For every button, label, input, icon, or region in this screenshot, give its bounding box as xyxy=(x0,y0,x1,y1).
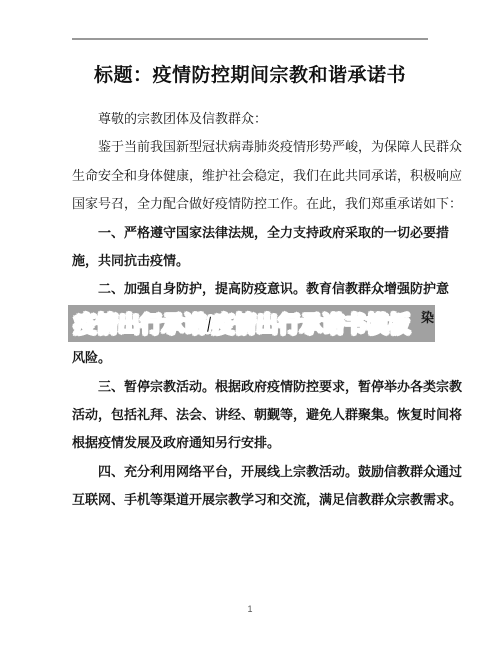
document-title: 标题：疫情防控期间宗教和谐承诺书 xyxy=(0,60,500,87)
document-page: 标题：疫情防控期间宗教和谐承诺书 疫情出行承诺/疫情出行承诺书模板 尊敬的宗教团… xyxy=(0,0,500,647)
body-line: 鉴于当前我国新型冠状病毒肺炎疫情形势严峻，为保障人民群众 xyxy=(72,133,430,161)
body-line: 国家号召，全力配合做好疫情防控工作。在此，我们郑重承诺如下： xyxy=(72,190,430,218)
body-line: 风险。 xyxy=(72,344,430,372)
body-line: 活动，包括礼拜、法会、讲经、朝觐等，避免人群聚集。恢复时间将 xyxy=(72,401,430,429)
body-line: 一、严格遵守国家法律法规，全力支持政府采取的一切必要措 xyxy=(72,219,430,247)
page-number: 1 xyxy=(0,604,500,614)
body-line: 互联网、手机等渠道开展宗教学习和交流，满足信教群众宗教需求。 xyxy=(72,486,430,514)
body-lines: 尊敬的宗教团体及信教群众：鉴于当前我国新型冠状病毒肺炎疫情形势严峻，为保障人民群… xyxy=(72,105,430,514)
top-rule xyxy=(72,38,428,40)
body-line: 染 xyxy=(72,304,434,332)
body-line: 生命安全和身体健康，维护社会稳定，我们在此共同承诺，积极响应 xyxy=(72,162,430,190)
body-line: 尊敬的宗教团体及信教群众： xyxy=(72,105,430,133)
body-line: 四、充分利用网络平台，开展线上宗教活动。鼓励信教群众通过 xyxy=(72,458,430,486)
body-line: 施，共同抗击疫情。 xyxy=(72,247,430,275)
body-line: 根据疫情发展及政府通知另行安排。 xyxy=(72,429,430,457)
body-line: 二、加强自身防护，提高防疫意识。教育信教群众增强防护意 xyxy=(72,275,430,303)
body-line: 三、暂停宗教活动。根据政府疫情防控要求，暂停举办各类宗教 xyxy=(72,373,430,401)
